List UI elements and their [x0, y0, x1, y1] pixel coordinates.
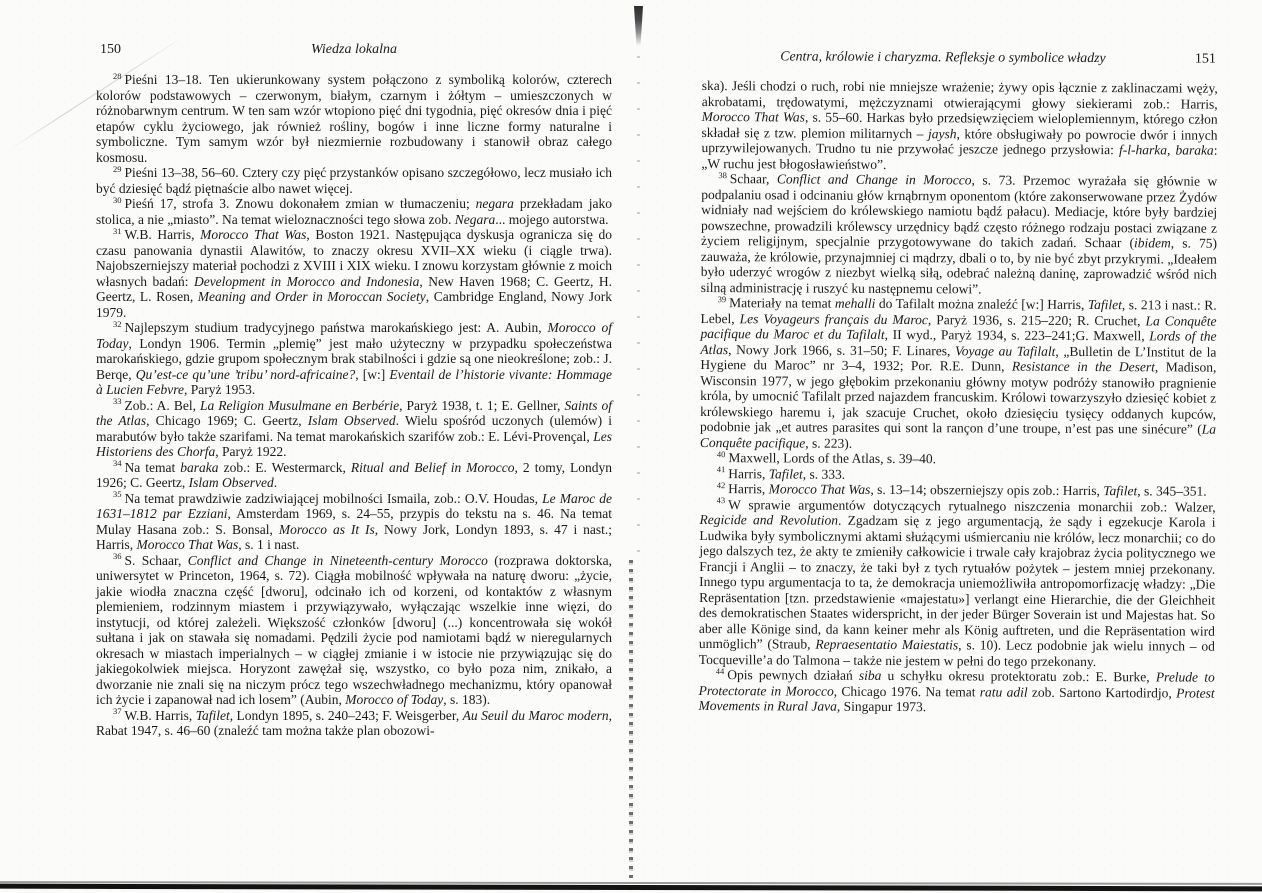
left-page: 150 Wiedza lokalna 28Pieśni 13–18. Ten u…: [96, 42, 612, 739]
right-footnotes-block: ska). Jeśli chodzi o ruch, robi nie mnie…: [699, 78, 1218, 716]
footnote-number: 34: [113, 458, 122, 468]
footnote-number: 31: [113, 226, 122, 236]
footnote-number: 37: [113, 706, 122, 716]
footnote-number: 33: [113, 396, 122, 406]
left-running-header: 150 Wiedza lokalna: [96, 42, 612, 62]
footnote: 35Na temat prawdziwie zadziwiającej mobi…: [96, 491, 612, 553]
scan-bottom-edge-line: [0, 884, 1262, 892]
left-page-number: 150: [100, 42, 121, 58]
footnote-number: 35: [113, 489, 122, 499]
footnote-number: 28: [113, 71, 122, 81]
gutter-speckles-lower: [629, 560, 633, 878]
footnote-number: 29: [113, 164, 122, 174]
footnote-number: 32: [113, 319, 122, 329]
footnote-number: 30: [113, 195, 122, 205]
footnote: 28Pieśni 13–18. Ten ukierunkowany system…: [96, 72, 612, 165]
left-running-title: Wiedza lokalna: [96, 42, 612, 58]
footnote-number: 39: [718, 294, 727, 304]
footnote-number: 43: [717, 495, 726, 505]
footnote: 38Schaar, Conflict and Change in Morocco…: [701, 171, 1218, 298]
footnote-number: 36: [113, 551, 122, 561]
scan-bottom-edge: [0, 880, 1262, 893]
footnote: 43W sprawie argumentów dotyczących rytua…: [699, 496, 1216, 669]
footnote-continuation: ska). Jeśli chodzi o ruch, robi nie mnie…: [701, 78, 1217, 174]
footnote: 36S. Schaar, Conflict and Change in Nine…: [96, 553, 612, 708]
footnote: 37W.B. Harris, Tafilet, Londyn 1895, s. …: [96, 708, 612, 739]
footnote-number: 41: [717, 464, 726, 474]
footnote: 32Najlepszym studium tradycyjnego państw…: [96, 320, 612, 398]
gutter-ink-smudge: [634, 6, 643, 46]
right-page-number: 151: [1195, 52, 1216, 68]
footnote-number: 38: [718, 170, 727, 180]
footnote-number: 42: [717, 480, 726, 490]
left-footnotes-block: 28Pieśni 13–18. Ten ukierunkowany system…: [96, 72, 612, 739]
footnote-number: 40: [717, 449, 726, 459]
footnote: 31W.B. Harris, Morocco That Was, Boston …: [96, 227, 612, 320]
footnote: 34Na temat baraka zob.: E. Westermarck, …: [96, 460, 612, 491]
footnote: 44Opis pewnych działań siba u schyłku ok…: [699, 667, 1215, 716]
binding-gutter: [626, 0, 648, 893]
footnote: 29Pieśni 13–38, 56–60. Cztery czy pięć p…: [96, 165, 612, 196]
footnote-number: 44: [716, 666, 725, 676]
footnote: 30Pieśń 17, strofa 3. Znowu dokonałem zm…: [96, 196, 612, 227]
footnote: 39Materiały na temat mehalli do Tafilalt…: [700, 295, 1217, 453]
right-page: Centra, królowie i charyzma. Refleksje o…: [699, 48, 1218, 716]
right-running-header: Centra, królowie i charyzma. Refleksje o…: [702, 48, 1218, 71]
footnote: 33Zob.: A. Bel, La Religion Musulmane en…: [96, 398, 612, 460]
right-running-title: Centra, królowie i charyzma. Refleksje o…: [702, 48, 1218, 66]
gutter-speckles-upper: [637, 56, 640, 556]
